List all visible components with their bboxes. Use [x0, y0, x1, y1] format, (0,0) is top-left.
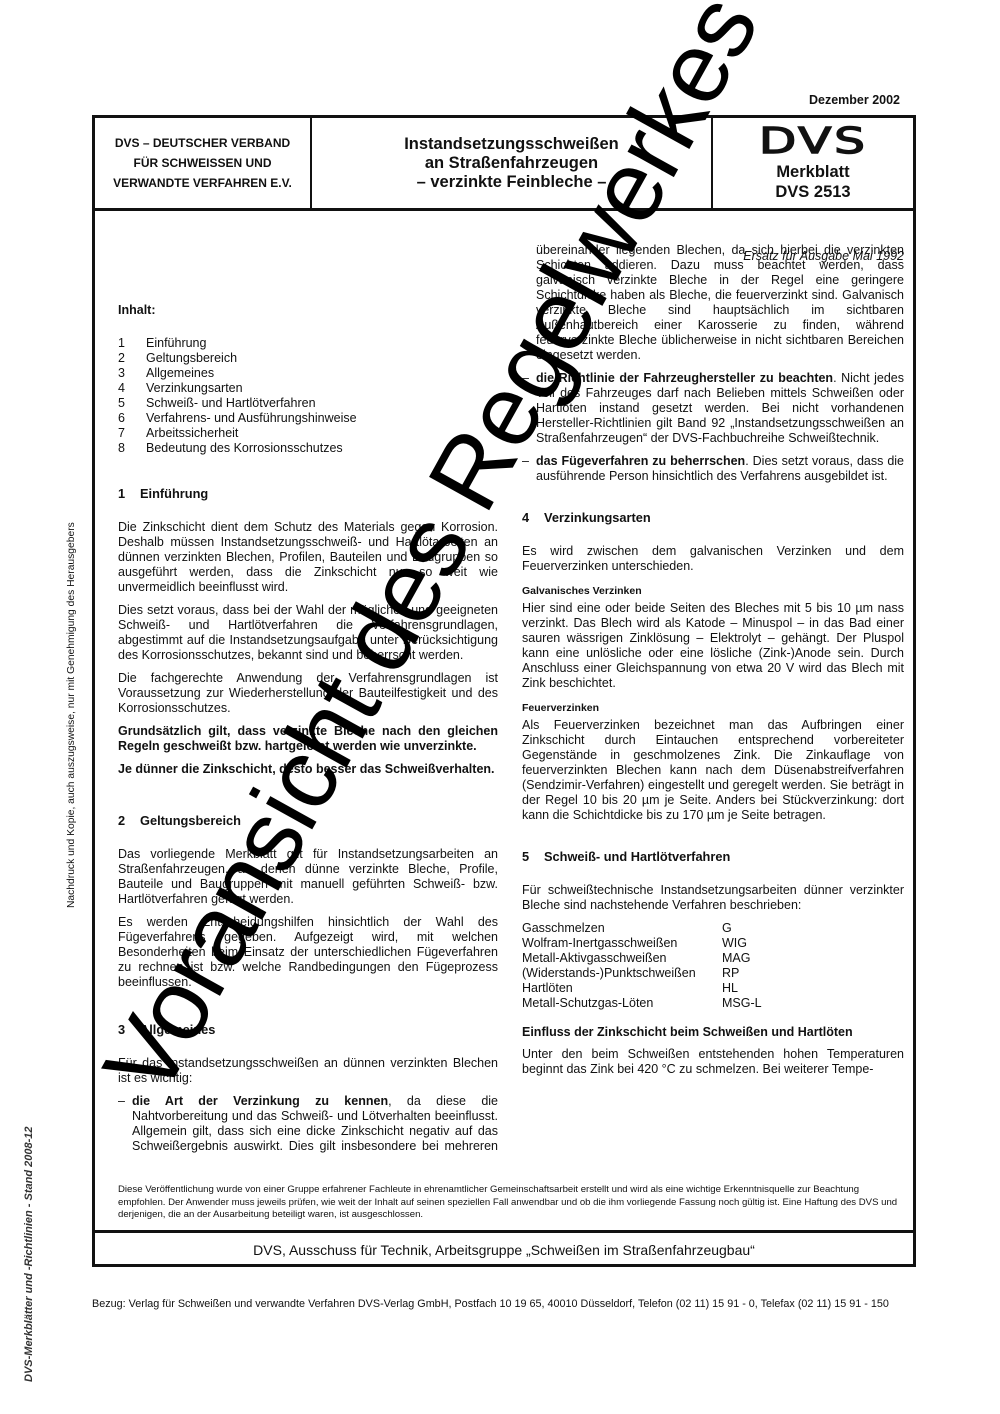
subsection-heading: Einfluss der Zinkschicht beim Schweißen … — [522, 1025, 904, 1040]
list-item: – das Fügeverfahren zu beherrschen. Dies… — [522, 454, 904, 484]
org-line: DVS – DEUTSCHER VERBAND — [115, 133, 290, 153]
process-abbr: WIG — [722, 936, 747, 951]
status-margin-note: DVS-Merkblätter und -Richtlinien - Stand… — [23, 1127, 35, 1383]
process-row: (Widerstands-)PunktschweißenRP — [522, 966, 904, 981]
publication-date: Dezember 2002 — [770, 93, 900, 107]
title-line: an Straßenfahrzeugen — [425, 154, 598, 173]
process-row: GasschmelzenG — [522, 921, 904, 936]
toc-heading: Inhalt: — [118, 303, 498, 318]
process-abbr: HL — [722, 981, 738, 996]
publisher-org: DVS – DEUTSCHER VERBAND FÜR SCHWEISSEN U… — [95, 118, 312, 208]
toc-item: 4Verzinkungsarten — [118, 381, 498, 396]
right-column: die Art der Verzinkung zu kennen, da die… — [522, 303, 904, 1085]
toc-number: 2 — [118, 351, 146, 366]
doc-type: Merkblatt — [776, 162, 849, 182]
toc-label: Schweiß- und Hartlötverfahren — [146, 396, 316, 411]
toc-number: 8 — [118, 441, 146, 456]
process-row: Wolfram-InertgasschweißenWIG — [522, 936, 904, 951]
toc-number: 1 — [118, 336, 146, 351]
process-row: Metall-Schutzgas-LötenMSG-L — [522, 996, 904, 1011]
toc-label: Bedeutung des Korrosionsschutzes — [146, 441, 343, 456]
paragraph: Als Feuerverzinken bezeichnet man das Au… — [522, 718, 904, 823]
subsection-heading: Galvanisches Verzinken — [522, 584, 904, 599]
toc-number: 6 — [118, 411, 146, 426]
toc-item: 3Allgemeines — [118, 366, 498, 381]
process-name: Metall-Aktivgasschweißen — [522, 951, 722, 966]
org-line: VERWANDTE VERFAHREN E.V. — [113, 173, 292, 193]
process-name: (Widerstands-)Punktschweißen — [522, 966, 722, 981]
subsection-heading: Feuerverzinken — [522, 701, 904, 716]
copyright-margin-note: Nachdruck und Kopie, auch auszugsweise, … — [66, 522, 77, 908]
process-abbr: RP — [722, 966, 739, 981]
dvs-logo-icon: DVS — [759, 125, 868, 159]
toc-label: Einführung — [146, 336, 206, 351]
org-line: FÜR SCHWEISSEN UND — [133, 153, 271, 173]
toc-number: 3 — [118, 366, 146, 381]
toc-label: Verzinkungsarten — [146, 381, 243, 396]
process-name: Gasschmelzen — [522, 921, 722, 936]
committee-line: DVS, Ausschuss für Technik, Arbeitsgrupp… — [95, 1233, 913, 1266]
dvs-logo-block: DVS Merkblatt DVS 2513 — [713, 118, 913, 208]
toc-label: Arbeitssicherheit — [146, 426, 238, 441]
paragraph: Es wird zwischen dem galvanischen Verzin… — [522, 544, 904, 574]
paragraph: Unter den beim Schweißen entstehenden ho… — [522, 1047, 904, 1077]
process-abbr: G — [722, 921, 732, 936]
toc-number: 5 — [118, 396, 146, 411]
section-heading-5: 5Schweiß- und Hartlötverfahren — [522, 849, 904, 864]
process-list: GasschmelzenGWolfram-InertgasschweißenWI… — [522, 921, 904, 1011]
process-name: Wolfram-Inertgasschweißen — [522, 936, 722, 951]
toc-label: Verfahrens- und Ausführungshinweise — [146, 411, 357, 426]
toc-label: Allgemeines — [146, 366, 214, 381]
section-heading-4: 4Verzinkungsarten — [522, 510, 904, 525]
toc-item: 1Einführung — [118, 336, 498, 351]
doc-number: DVS 2513 — [775, 182, 850, 202]
process-name: Hartlöten — [522, 981, 722, 996]
process-abbr: MAG — [722, 951, 750, 966]
toc-label: Geltungsbereich — [146, 351, 237, 366]
ordering-info: Bezug: Verlag für Schweißen und verwandt… — [92, 1298, 962, 1310]
process-abbr: MSG-L — [722, 996, 762, 1011]
paragraph: Hier sind eine oder beide Seiten des Ble… — [522, 601, 904, 691]
disclaimer: Diese Veröffentlichung wurde von einer G… — [118, 1184, 908, 1222]
toc-number: 7 — [118, 426, 146, 441]
process-row: Metall-AktivgasschweißenMAG — [522, 951, 904, 966]
document-header: DVS – DEUTSCHER VERBAND FÜR SCHWEISSEN U… — [92, 115, 916, 211]
paragraph: Für schweißtechnische Instandsetzungsarb… — [522, 883, 904, 913]
process-row: HartlötenHL — [522, 981, 904, 996]
process-name: Metall-Schutzgas-Löten — [522, 996, 722, 1011]
toc-item: 2Geltungsbereich — [118, 351, 498, 366]
toc-number: 4 — [118, 381, 146, 396]
